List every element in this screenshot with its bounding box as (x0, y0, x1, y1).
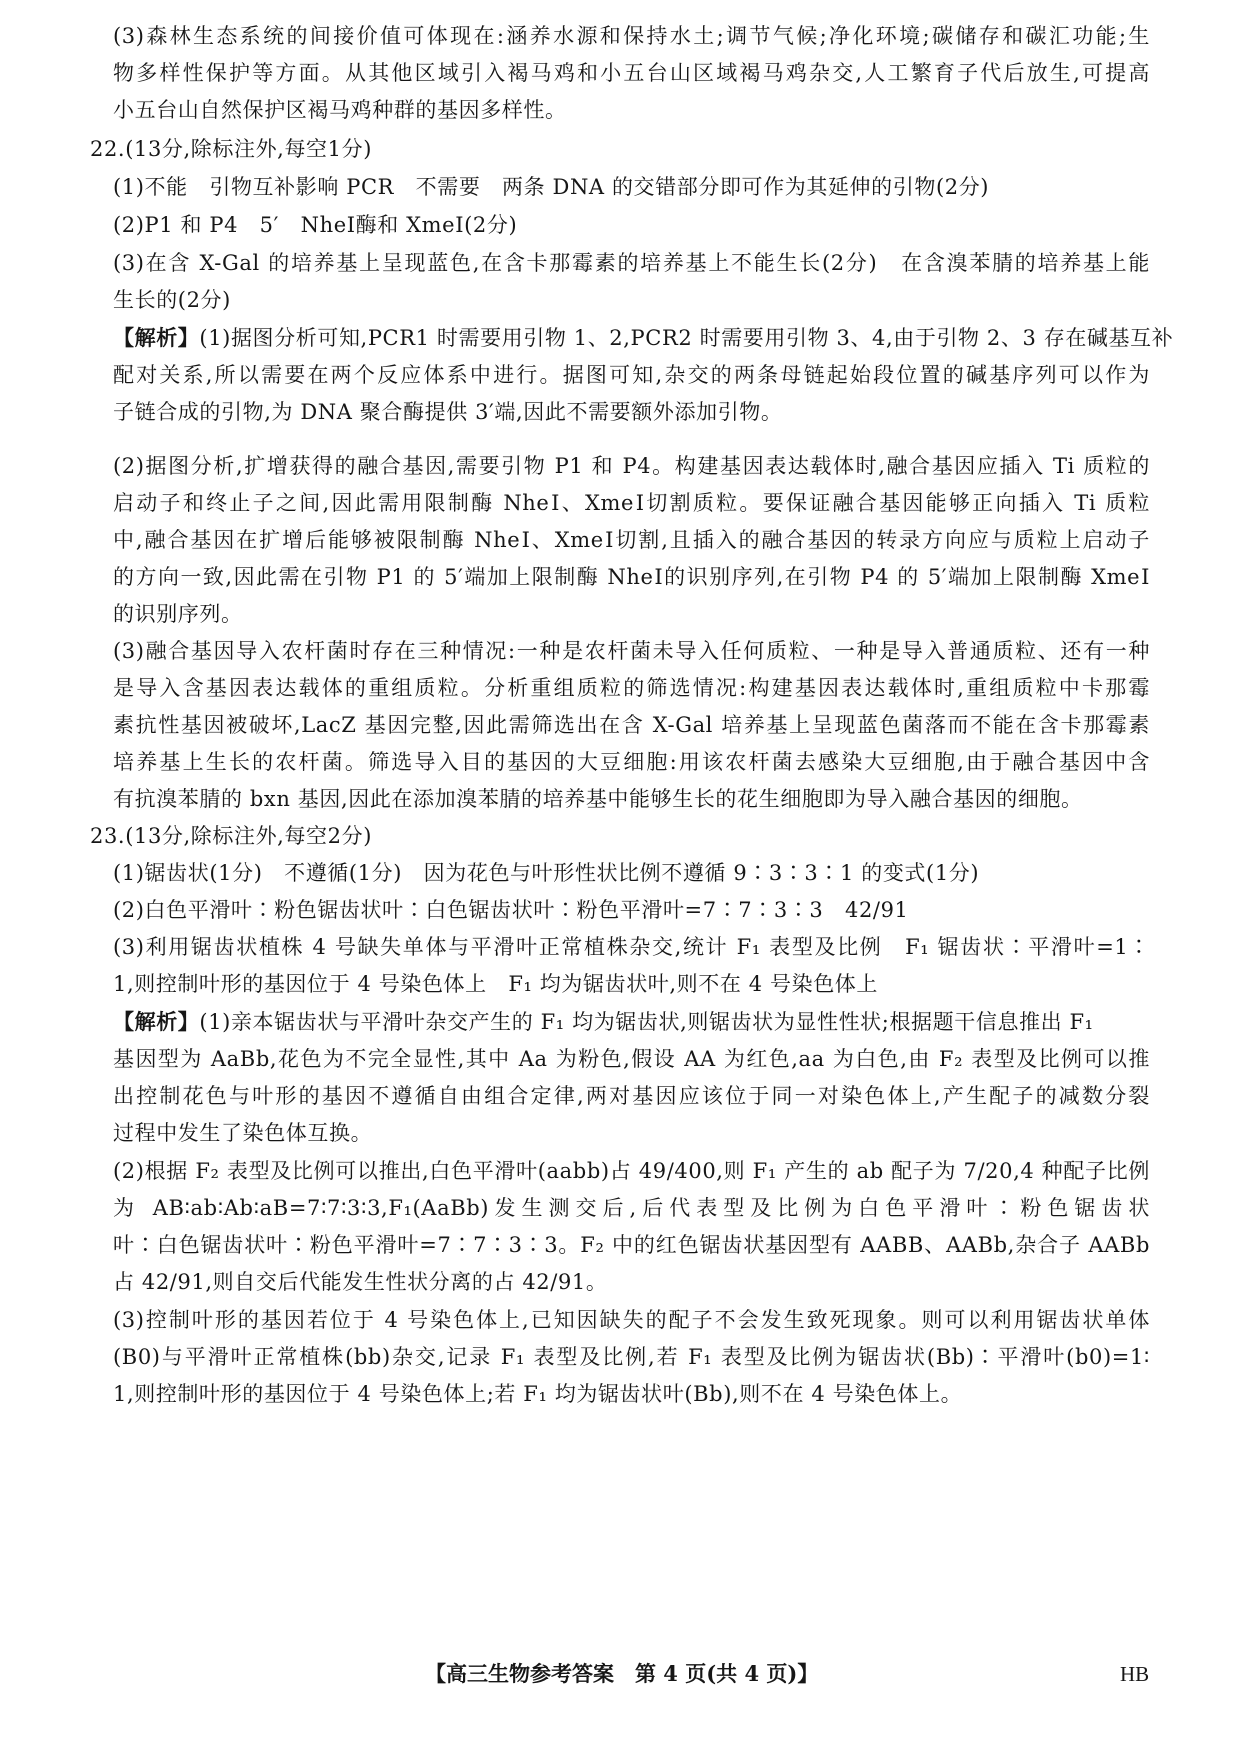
q22-analysis-line-10: 是导入含基因表达载体的重组质粒。分析重组质粒的筛选情况:构建基因表达载体时,重组… (113, 674, 1150, 702)
page-footer-code: HB (1120, 1660, 1149, 1688)
analysis-label: 【解析】 (113, 325, 199, 350)
q23-answer-1: (1)锯齿状(1分) 不遵循(1分) 因为花色与叶形性状比例不遵循 9∶3∶3∶… (113, 859, 979, 887)
q23-analysis-line-2: 基因型为 AaBb,花色为不完全显性,其中 Aa 为粉色,假设 AA 为红色,a… (113, 1045, 1150, 1073)
page-footer-title: 【高三生物参考答案 第 4 页(共 4 页)】 (425, 1660, 818, 1688)
q22-answer-2: (2)P1 和 P4 5′ NheⅠ酶和 XmeⅠ(2分) (113, 211, 517, 239)
q22-analysis-line-12: 培养基上生长的农杆菌。筛选导入目的基因的大豆细胞:用该农杆菌去感染大豆细胞,由于… (113, 748, 1150, 776)
q22-analysis-line-2: 配对关系,所以需要在两个反应体系中进行。据图可知,杂交的两条母链起始段位置的碱基… (113, 361, 1150, 389)
q22-analysis-line-3: 子链合成的引物,为 DNA 聚合酶提供 3′端,因此不需要额外添加引物。 (113, 398, 782, 426)
q22-answer-3-line-2: 生长的(2分) (113, 286, 231, 314)
q22-analysis-line-5: 启动子和终止子之间,因此需用限制酶 NheⅠ、XmeⅠ切割质粒。要保证融合基因能… (113, 489, 1150, 517)
q23-analysis-line-8: 占 42/91,则自交后代能发生性状分离的占 42/91。 (113, 1268, 607, 1296)
q23-analysis-line-5: (2)根据 F₂ 表型及比例可以推出,白色平滑叶(aabb)占 49/400,则… (113, 1157, 1150, 1185)
q23-analysis-line-10: (B0)与平滑叶正常植株(bb)杂交,记录 F₁ 表型及比例,若 F₁ 表型及比… (113, 1343, 1150, 1371)
q22-analysis-line-6: 中,融合基因在扩增后能够被限制酶 NheⅠ、XmeⅠ切割,且插入的融合基因的转录… (113, 526, 1150, 554)
q23-analysis-line-9: (3)控制叶形的基因若位于 4 号染色体上,已知因缺失的配子不会发生致死现象。则… (113, 1306, 1150, 1334)
analysis-label: 【解析】 (113, 1009, 199, 1034)
q21-part3-line-1: (3)森林生态系统的间接价值可体现在:涵养水源和保持水土;调节气候;净化环境;碳… (113, 22, 1150, 50)
q21-part3-line-3: 小五台山自然保护区褐马鸡种群的基因多样性。 (113, 96, 567, 124)
q22-analysis-line-9: (3)融合基因导入农杆菌时存在三种情况:一种是农杆菌未导入任何质粒、一种是导入普… (113, 637, 1150, 665)
q23-analysis-line-11: 1,则控制叶形的基因位于 4 号染色体上;若 F₁ 均为锯齿状叶(Bb),则不在… (113, 1380, 962, 1408)
q23-analysis-line-6: 为 AB∶ab∶Ab∶aB=7∶7∶3∶3,F₁(AaBb)发生测交后,后代表型… (113, 1194, 1150, 1222)
q22-analysis-line-7: 的方向一致,因此需在引物 P1 的 5′端加上限制酶 NheⅠ的识别序列,在引物… (113, 563, 1150, 591)
q23-analysis-line-1: 【解析】(1)亲本锯齿状与平滑叶杂交产生的 F₁ 均为锯齿状,则锯齿状为显性性状… (113, 1008, 1094, 1036)
q23-header: 23.(13分,除标注外,每空2分) (90, 822, 372, 850)
q23-analysis-line-3: 出控制花色与叶形的基因不遵循自由组合定律,两对基因应该位于同一对染色体上,产生配… (113, 1082, 1150, 1110)
q21-part3-line-2: 物多样性保护等方面。从其他区域引入褐马鸡和小五台山区域褐马鸡杂交,人工繁育子代后… (113, 59, 1150, 87)
q23-answer-3-line-1: (3)利用锯齿状植株 4 号缺失单体与平滑叶正常植株杂交,统计 F₁ 表型及比例… (113, 933, 1150, 961)
q22-analysis-line-8: 的识别序列。 (113, 600, 243, 628)
q22-analysis-line-1: 【解析】(1)据图分析可知,PCR1 时需要用引物 1、2,PCR2 时需要用引… (113, 324, 1150, 352)
q23-answer-2: (2)白色平滑叶∶粉色锯齿状叶∶白色锯齿状叶∶粉色平滑叶=7∶7∶3∶3 42/… (113, 896, 909, 924)
q23-analysis-line-4: 过程中发生了染色体互换。 (113, 1119, 372, 1147)
q23-answer-3-line-2: 1,则控制叶形的基因位于 4 号染色体上 F₁ 均为锯齿状叶,则不在 4 号染色… (113, 970, 878, 998)
q22-header: 22.(13分,除标注外,每空1分) (90, 135, 372, 163)
q22-answer-3-line-1: (3)在含 X-Gal 的培养基上呈现蓝色,在含卡那霉素的培养基上不能生长(2分… (113, 249, 1150, 277)
q23-analysis-line-7: 叶∶白色锯齿状叶∶粉色平滑叶=7∶7∶3∶3。F₂ 中的红色锯齿状基因型有 AA… (113, 1231, 1150, 1259)
q22-analysis-line-13: 有抗溴苯腈的 bxn 基因,因此在添加溴苯腈的培养基中能够生长的花生细胞即为导入… (113, 785, 1083, 813)
q22-answer-1: (1)不能 引物互补影响 PCR 不需要 两条 DNA 的交错部分即可作为其延伸… (113, 173, 989, 201)
q22-analysis-line-4: (2)据图分析,扩增获得的融合基因,需要引物 P1 和 P4。构建基因表达载体时… (113, 452, 1150, 480)
q22-analysis-line-11: 素抗性基因被破坏,LacZ 基因完整,因此需筛选出在含 X-Gal 培养基上呈现… (113, 711, 1150, 739)
answer-key-page: (3)森林生态系统的间接价值可体现在:涵养水源和保持水土;调节气候;净化环境;碳… (0, 0, 1240, 1754)
